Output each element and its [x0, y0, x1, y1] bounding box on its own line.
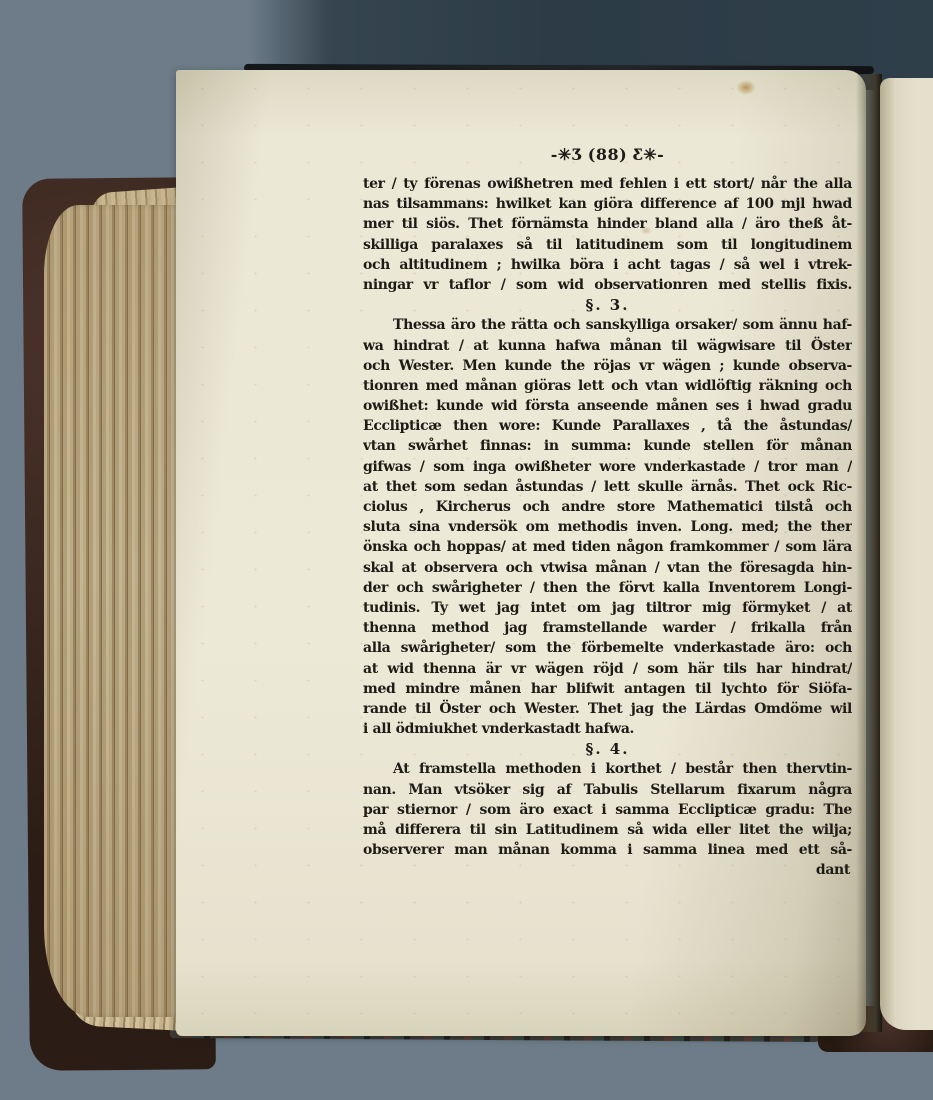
text-line: ningar vr taflor / som wid observationre…: [363, 275, 852, 295]
text-line: Ecclipticæ then wore: Kunde Parallaxes ,…: [363, 416, 852, 436]
text-line: skal at observera och vtwisa månan / vta…: [363, 558, 852, 578]
text-line: wa hindrat / at kunna hafwa månan til wä…: [363, 336, 852, 356]
facing-page-sliver: [880, 78, 933, 1030]
text-line: och altitudinem ; hwilka böra i acht tag…: [363, 255, 852, 275]
text-line: sluta sina vndersök om methodis inven. L…: [363, 517, 852, 537]
text-line: skilliga paralaxes så til latitudinem so…: [363, 235, 852, 255]
page-header: -✳Ʒ (88) Ƹ✳-: [363, 141, 852, 167]
text-line: nas tilsammans: hwilket kan giöra differ…: [363, 194, 852, 214]
section-heading: §. 4.: [363, 739, 852, 759]
text-line: rande til Öster och Wester. Thet jag the…: [363, 699, 852, 719]
text-line: owißhet: kunde wid första anseende månen…: [363, 396, 852, 416]
text-line: der och swårigheter / then the förvt kal…: [363, 578, 852, 598]
text-line: alla swårigheter/ som the förbemelte vnd…: [363, 638, 852, 658]
text-line: önska och hoppas/ at med tiden någon fra…: [363, 537, 852, 557]
text-line: och Wester. Men kunde the röjas vr wägen…: [363, 356, 852, 376]
text-line: par stiernor / som äro exact i samma Ecc…: [363, 800, 852, 820]
text-line: at wid thenna är vr wägen röjd / som här…: [363, 659, 852, 679]
text-line: gifwas / som inga owißheter wore vnderka…: [363, 457, 852, 477]
text-line: observerer man månan komma i samma linea…: [363, 840, 852, 860]
text-line: tudinis. Ty wet jag intet om jag tiltror…: [363, 598, 852, 618]
header-ornament-left-icon: -✳Ʒ: [551, 145, 583, 164]
text-block: -✳Ʒ (88) Ƹ✳- ter / ty förenas owißhetren…: [363, 141, 852, 881]
catchword: dant: [363, 860, 852, 880]
text-line: thenna method jag framstellande warder /…: [363, 618, 852, 638]
paper-stain: [736, 80, 756, 95]
gutter-shadow: [856, 74, 882, 1032]
header-ornament-right-icon: Ƹ✳-: [632, 145, 664, 164]
text-line: at thet som sedan åstundas / lett skulle…: [363, 477, 852, 497]
page-number: (88): [588, 145, 627, 164]
text-line: vtan swårhet finnas: in summa: kunde ste…: [363, 436, 852, 456]
text-line: Thessa äro the rätta och sanskylliga ors…: [363, 315, 852, 335]
page-fore-edge-stack: [44, 205, 197, 1017]
text-line: At framstella methoden i korthet / bestå…: [363, 759, 852, 779]
text-line: mer til siös. Thet förnämsta hinder blan…: [363, 214, 852, 234]
text-line: ciolus , Kircherus och andre store Mathe…: [363, 497, 852, 517]
text-line: må differera til sin Latitudinem så wida…: [363, 820, 852, 840]
text-line: med mindre månen har blifwit antagen til…: [363, 679, 852, 699]
book-photo: -✳Ʒ (88) Ƹ✳- ter / ty förenas owißhetren…: [0, 0, 933, 1100]
text-line: nan. Man vtsöker sig af Tabulis Stellaru…: [363, 780, 852, 800]
text-line: ter / ty förenas owißhetren med fehlen i…: [363, 174, 852, 194]
section-heading: §. 3.: [363, 295, 852, 315]
text-line: i all ödmiukhet vnderkastadt hafwa.: [363, 719, 852, 739]
text-line: tionren med månan giöras lett och vtan w…: [363, 376, 852, 396]
